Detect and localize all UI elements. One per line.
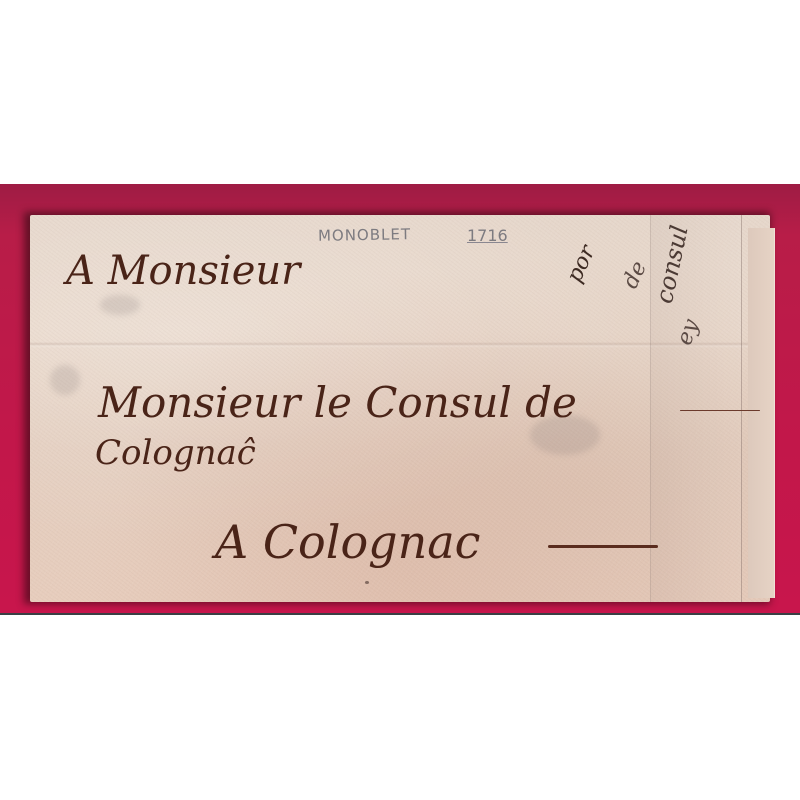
photo-stage: MONOBLET 1716 A Monsieur Monsieur le Con… [0, 0, 800, 800]
address-line-2: Monsieur le Consul de [98, 378, 577, 427]
address-line-3: Colognaĉ [95, 433, 256, 473]
flourish-line [680, 410, 760, 411]
pencil-place-annotation: MONOBLET [318, 225, 411, 245]
address-line-1: A Monsieur [66, 248, 300, 294]
paper-edge-tab [748, 228, 775, 598]
pencil-year-annotation: 1716 [467, 226, 508, 245]
stain-spot [100, 295, 140, 315]
address-line-4: A Colognac [215, 515, 480, 569]
flourish-line [548, 545, 658, 548]
ink-speck [365, 581, 369, 584]
stain-spot [50, 365, 80, 395]
